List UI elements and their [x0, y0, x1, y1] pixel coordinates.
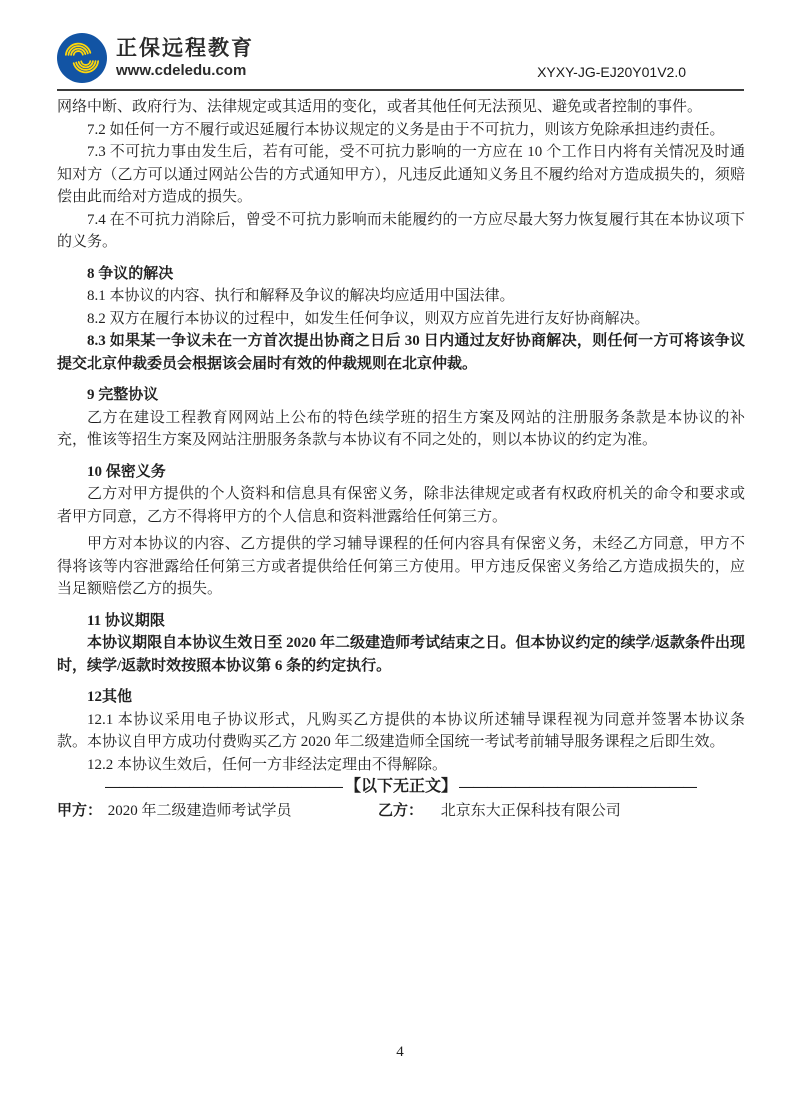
section-12-heading: 12其他: [57, 686, 745, 709]
no-more-text-label: 【以下无正文】: [343, 776, 459, 799]
clause-8-1: 8.1 本协议的内容、执行和解释及争议的解决均应适用中国法律。: [57, 285, 745, 308]
party-b-value: 北京东大正保科技有限公司: [441, 803, 621, 819]
contract-page: 正保远程教育 www.cdeledu.com XYXY-JG-EJ20Y01V2…: [0, 0, 800, 1097]
brand-name: 正保远程教育: [116, 36, 254, 62]
page-number: 4: [0, 1044, 800, 1061]
clause-8-3: 8.3 如果某一争议未在一方首次提出协商之日后 30 日内通过友好协商解决，则任…: [57, 330, 745, 375]
divider-dashes-left: —————————————————: [105, 776, 343, 799]
section-10-body-1: 乙方对甲方提供的个人资料和信息具有保密义务，除非法律规定或者有权政府机关的命令和…: [57, 483, 745, 528]
section-8-heading: 8 争议的解决: [57, 263, 745, 286]
section-9-heading: 9 完整协议: [57, 384, 745, 407]
paragraph-continuation: 网络中断、政府行为、法律规定或其适用的变化，或者其他任何无法预见、避免或者控制的…: [57, 96, 745, 119]
party-a: 甲方： 2020 年二级建造师考试学员: [57, 803, 292, 819]
section-9-body: 乙方在建设工程教育网网站上公布的特色续学班的招生方案及网站的注册服务条款是本协议…: [57, 407, 745, 452]
clause-8-2: 8.2 双方在履行本协议的过程中，如发生任何争议，则双方应首先进行友好协商解决。: [57, 308, 745, 331]
clause-12-2: 12.2 本协议生效后，任何一方非经法定理由不得解除。: [57, 754, 745, 777]
party-b-label: 乙方：: [378, 803, 423, 819]
page-header: 正保远程教育 www.cdeledu.com XYXY-JG-EJ20Y01V2…: [0, 0, 800, 83]
no-more-text-divider: ————————————————— 【以下无正文】 ——————————————…: [57, 776, 745, 799]
clause-7-3: 7.3 不可抗力事由发生后，若有可能，受不可抗力影响的一方应在 10 个工作日内…: [57, 141, 745, 209]
document-code: XYXY-JG-EJ20Y01V2.0: [537, 64, 686, 80]
header-divider-line: [57, 89, 744, 91]
section-11-heading: 11 协议期限: [57, 610, 745, 633]
party-a-value: 2020 年二级建造师考试学员: [108, 803, 292, 819]
brand-block: 正保远程教育 www.cdeledu.com: [57, 33, 254, 83]
clause-12-1: 12.1 本协议采用电子协议形式，凡购买乙方提供的本协议所述辅导课程视为同意并签…: [57, 709, 745, 754]
brand-website: www.cdeledu.com: [116, 62, 254, 80]
party-b: 乙方： 北京东大正保科技有限公司: [378, 800, 621, 823]
signature-row: 甲方： 2020 年二级建造师考试学员 乙方： 北京东大正保科技有限公司: [57, 800, 745, 823]
clause-7-2: 7.2 如任何一方不履行或迟延履行本协议规定的义务是由于不可抗力，则该方免除承担…: [57, 119, 745, 142]
contract-body: 网络中断、政府行为、法律规定或其适用的变化，或者其他任何无法预见、避免或者控制的…: [57, 96, 745, 823]
section-11-body: 本协议期限自本协议生效日至 2020 年二级建造师考试结束之日。但本协议约定的续…: [57, 632, 745, 677]
section-10-body-2: 甲方对本协议的内容、乙方提供的学习辅导课程的任何内容具有保密义务，未经乙方同意，…: [57, 533, 745, 601]
section-10-heading: 10 保密义务: [57, 461, 745, 484]
cdel-logo-icon: [57, 33, 107, 83]
party-a-label: 甲方：: [57, 803, 102, 819]
brand-text: 正保远程教育 www.cdeledu.com: [116, 36, 254, 80]
clause-7-4: 7.4 在不可抗力消除后，曾受不可抗力影响而未能履约的一方应尽最大努力恢复履行其…: [57, 209, 745, 254]
divider-dashes-right: —————————————————: [459, 776, 697, 799]
